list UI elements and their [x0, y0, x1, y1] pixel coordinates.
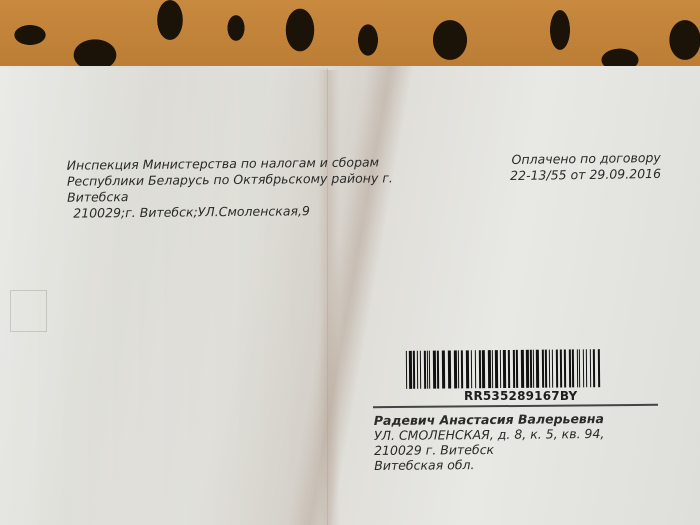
- payment-note-line-2: 22-13/55 от 29.09.2016: [510, 166, 661, 184]
- sender-address: 210029;г. Витебск;УЛ.Смоленская,9: [67, 202, 393, 221]
- tracking-number: RR535289167BY: [464, 388, 577, 404]
- sender-block: Инспекция Министерства по налогам и сбор…: [67, 154, 394, 221]
- sender-line-2: Республики Беларусь по Октябрьскому райо…: [67, 170, 393, 189]
- barcode: [406, 349, 606, 389]
- recipient-block: Радевич Анастасия Валерьевна УЛ. СМОЛЕНС…: [374, 411, 605, 473]
- paper-crease: [318, 70, 340, 525]
- recipient-region: Витебская обл.: [374, 456, 605, 473]
- faint-printed-box: [10, 290, 47, 332]
- recipient-street: УЛ. СМОЛЕНСКАЯ, д. 8, к. 5, кв. 94,: [374, 426, 605, 443]
- payment-note: Оплачено по договору 22-13/55 от 29.09.2…: [510, 150, 661, 184]
- envelope-left-fold: [0, 68, 328, 525]
